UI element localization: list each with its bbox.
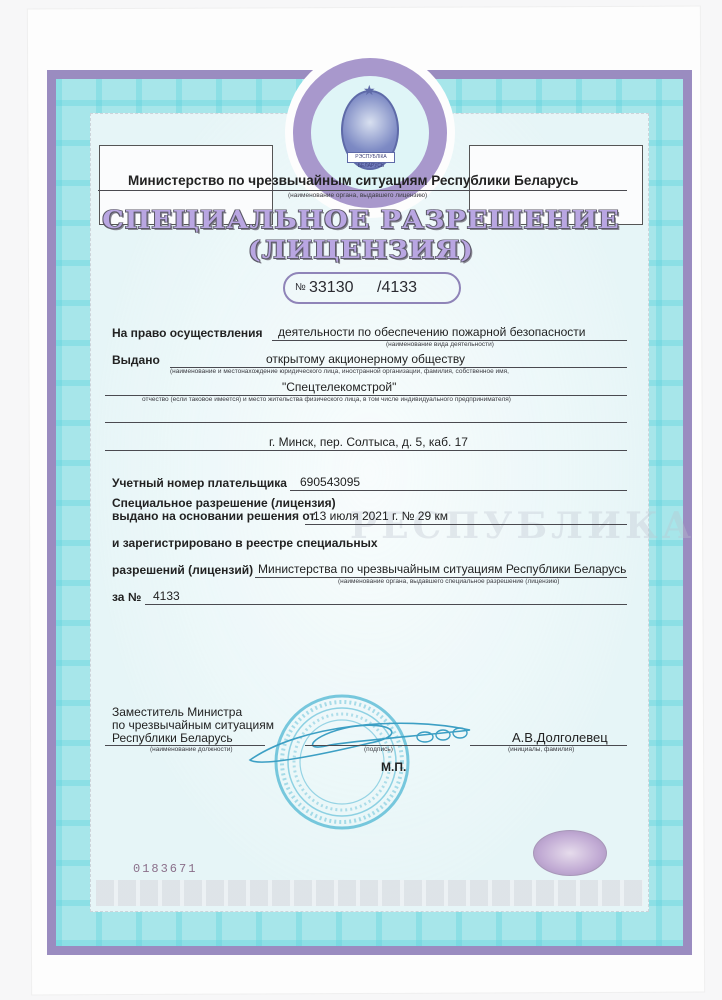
basis-label-2: выдано на основании решения от — [112, 509, 315, 523]
emblem-ribbon: РЭСПУБЛІКА БЕЛАРУСЬ — [347, 152, 395, 163]
number-prefix: № — [295, 274, 306, 302]
authority-caption: (наименование органа, выдавшего лицензию… — [288, 192, 427, 199]
divider — [305, 524, 627, 525]
issuing-authority: Министерство по чрезвычайным ситуациям Р… — [128, 173, 578, 188]
divider — [98, 190, 627, 191]
signatory-name: А.В.Долголевец — [512, 730, 608, 745]
star-icon: ★ — [363, 82, 376, 99]
payer-value: 690543095 — [300, 475, 360, 489]
signature-caption: (подпись) — [364, 746, 393, 753]
serial-number: 0183671 — [133, 862, 197, 876]
license-number-suffix: /4133 — [377, 274, 417, 302]
divider — [105, 422, 627, 423]
address: г. Минск, пер. Солтыса, д. 5, каб. 17 — [269, 435, 468, 449]
signature-scribble — [240, 705, 490, 775]
position-line2: по чрезвычайным ситуациям — [112, 718, 274, 732]
issued-to-caption1: (наименование и местонахождение юридичес… — [170, 368, 509, 375]
divider — [290, 490, 627, 491]
document-subtitle: (ЛИЦЕНЗИЯ) — [0, 237, 722, 265]
registry-label-1: и зарегистрировано в реестре специальных — [112, 536, 378, 550]
issued-to-line2: "Спецтелекомстрой" — [282, 380, 396, 394]
divider — [145, 604, 627, 605]
registry-label-2: разрешений (лицензий) — [112, 563, 253, 577]
activity-value: деятельности по обеспечению пожарной без… — [278, 325, 585, 339]
document-title: СПЕЦИАЛЬНОЕ РАЗРЕШЕНИЕ — [0, 207, 722, 235]
payer-label: Учетный номер плательщика — [112, 476, 287, 490]
position-caption: (наименование должности) — [150, 746, 233, 753]
issued-to-line1: открытому акционерному обществу — [266, 352, 465, 366]
divider — [105, 450, 627, 451]
position-line1: Заместитель Министра — [112, 705, 242, 719]
issued-to-label: Выдано — [112, 353, 160, 367]
basis-label-1: Специальное разрешение (лицензия) — [112, 496, 336, 510]
registry-value: Министерства по чрезвычайным ситуациям Р… — [258, 562, 626, 576]
name-caption: (инициалы, фамилия) — [508, 746, 574, 753]
seal-label: М.П. — [381, 760, 406, 774]
issued-to-caption2: отчество (если таковое имеется) и место … — [142, 396, 511, 403]
reg-number-value: 4133 — [153, 589, 180, 603]
activity-label: На право осуществления — [112, 326, 263, 340]
microtext-band — [96, 880, 643, 906]
license-number: 33130 — [309, 274, 354, 302]
reg-number-label: за № — [112, 590, 141, 604]
position-line3: Республики Беларусь — [112, 731, 233, 745]
activity-caption: (наименование вида деятельности) — [386, 341, 494, 348]
basis-value: 13 июля 2021 г. № 29 км — [313, 509, 448, 523]
license-number-box: № 33130 /4133 — [283, 272, 461, 304]
hologram — [533, 830, 607, 876]
registry-caption: (наименование органа, выдавшего специаль… — [338, 578, 559, 585]
